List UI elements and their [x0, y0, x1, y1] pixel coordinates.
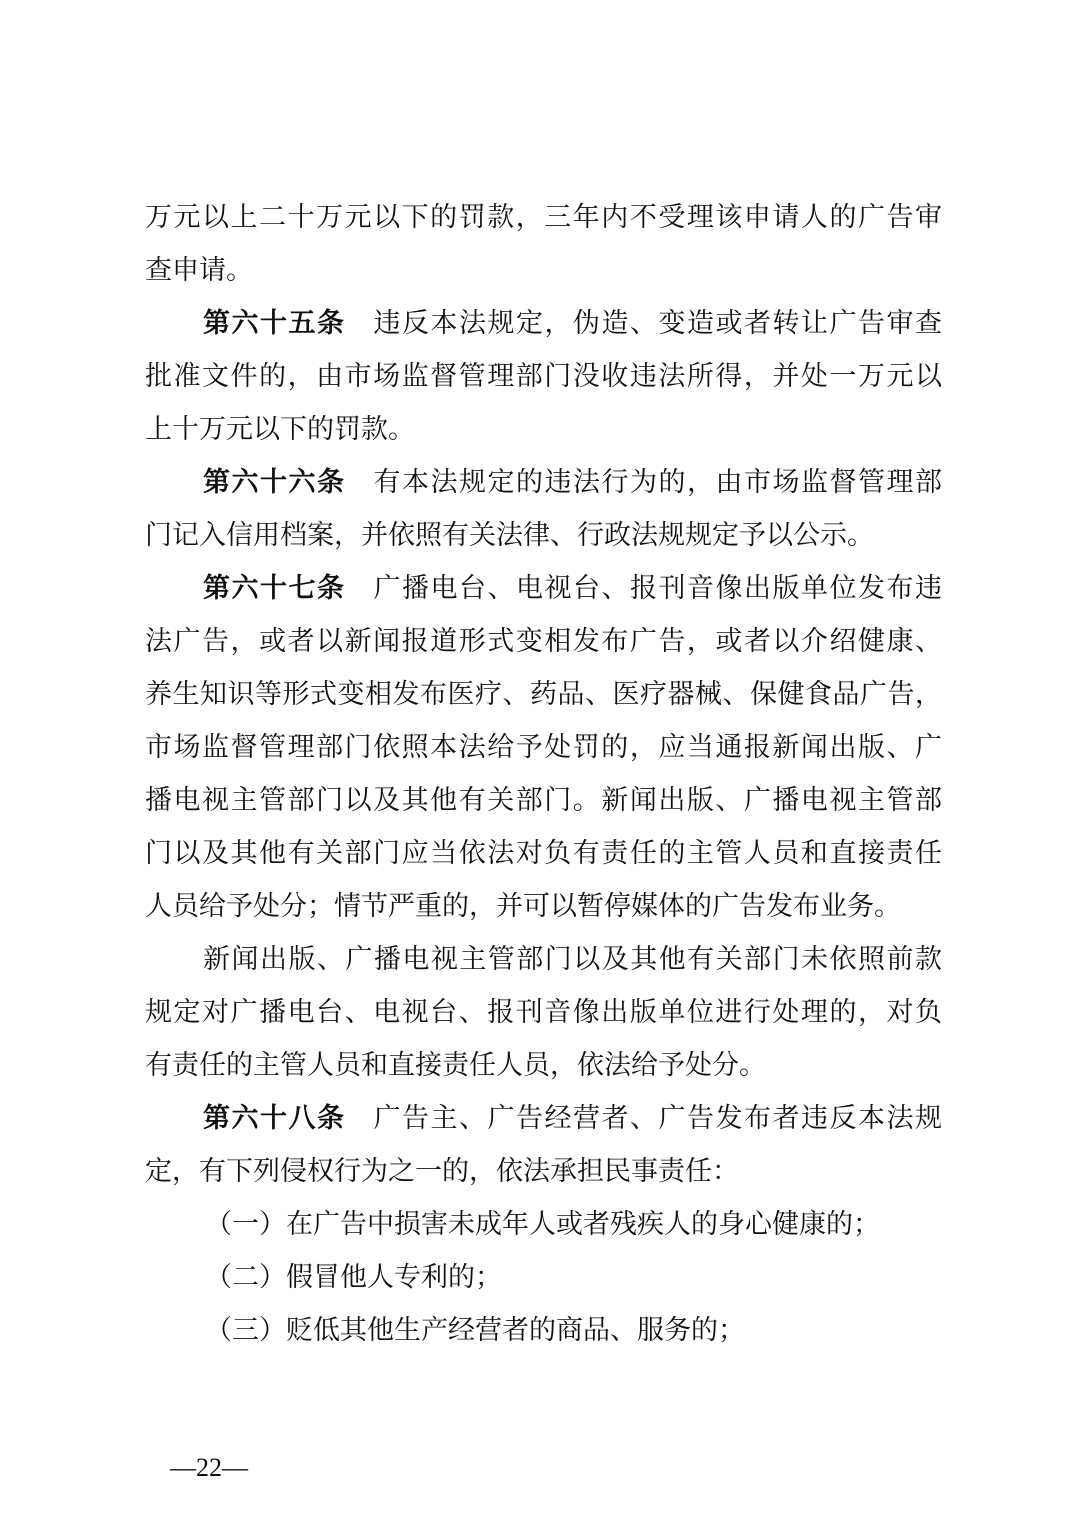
text-span: 违反本法规定，伪造、变造或者转让广告审查 — [374, 308, 943, 339]
text-span: 广播电台、电视台、报刊音像出版单位发布违 — [374, 573, 943, 604]
text-line: 新闻出版、广播电视主管部门以及其他有关部门未依照前款 — [203, 940, 942, 980]
text-line: 有责任的主管人员和直接责任人员，依法给予处分。 — [145, 1046, 942, 1086]
list-item: （二）假冒他人专利的； — [205, 1258, 905, 1298]
text-line: 养生知识等形式变相发布医疗、药品、医疗器械、保健食品广告， — [145, 675, 942, 715]
text-line: 定，有下列侵权行为之一的，依法承担民事责任： — [145, 1152, 942, 1192]
article-heading: 第六十六条 — [203, 467, 346, 498]
text-line: 上十万元以下的罚款。 — [145, 410, 942, 450]
text-line: 法广告，或者以新闻报道形式变相发布广告，或者以介绍健康、 — [145, 622, 942, 662]
text-line: 播电视主管部门以及其他有关部门。新闻出版、广播电视主管部 — [145, 781, 942, 821]
article-68-line: 第六十八条广告主、广告经营者、广告发布者违反本法规 — [203, 1099, 942, 1139]
page-number: —22— — [170, 1450, 248, 1486]
text-line: 万元以上二十万元以下的罚款，三年内不受理该申请人的广告审 — [145, 198, 942, 238]
text-line: 人员给予处分；情节严重的，并可以暂停媒体的广告发布业务。 — [145, 887, 942, 927]
document-page: 万元以上二十万元以下的罚款，三年内不受理该申请人的广告审 查申请。 第六十五条违… — [0, 0, 1074, 1520]
article-66-line: 第六十六条有本法规定的违法行为的，由市场监督管理部 — [203, 463, 942, 503]
text-line: 市场监督管理部门依照本法给予处罚的，应当通报新闻出版、广 — [145, 728, 942, 768]
article-heading: 第六十八条 — [203, 1103, 346, 1134]
text-span: 广告主、广告经营者、广告发布者违反本法规 — [374, 1103, 943, 1134]
list-item: （三）贬低其他生产经营者的商品、服务的； — [205, 1311, 905, 1351]
article-heading: 第六十七条 — [203, 573, 346, 604]
text-span: 有本法规定的违法行为的，由市场监督管理部 — [374, 467, 943, 498]
article-heading: 第六十五条 — [203, 308, 346, 339]
list-item: （一）在广告中损害未成年人或者残疾人的身心健康的； — [205, 1205, 905, 1245]
text-line: 查申请。 — [145, 251, 942, 291]
text-line: 门以及其他有关部门应当依法对负有责任的主管人员和直接责任 — [145, 834, 942, 874]
article-65-line: 第六十五条违反本法规定，伪造、变造或者转让广告审查 — [203, 304, 942, 344]
text-line: 规定对广播电台、电视台、报刊音像出版单位进行处理的，对负 — [145, 993, 942, 1033]
text-line: 门记入信用档案，并依照有关法律、行政法规规定予以公示。 — [145, 516, 942, 556]
article-67-line: 第六十七条广播电台、电视台、报刊音像出版单位发布违 — [203, 569, 942, 609]
text-line: 批准文件的，由市场监督管理部门没收违法所得，并处一万元以 — [145, 357, 942, 397]
